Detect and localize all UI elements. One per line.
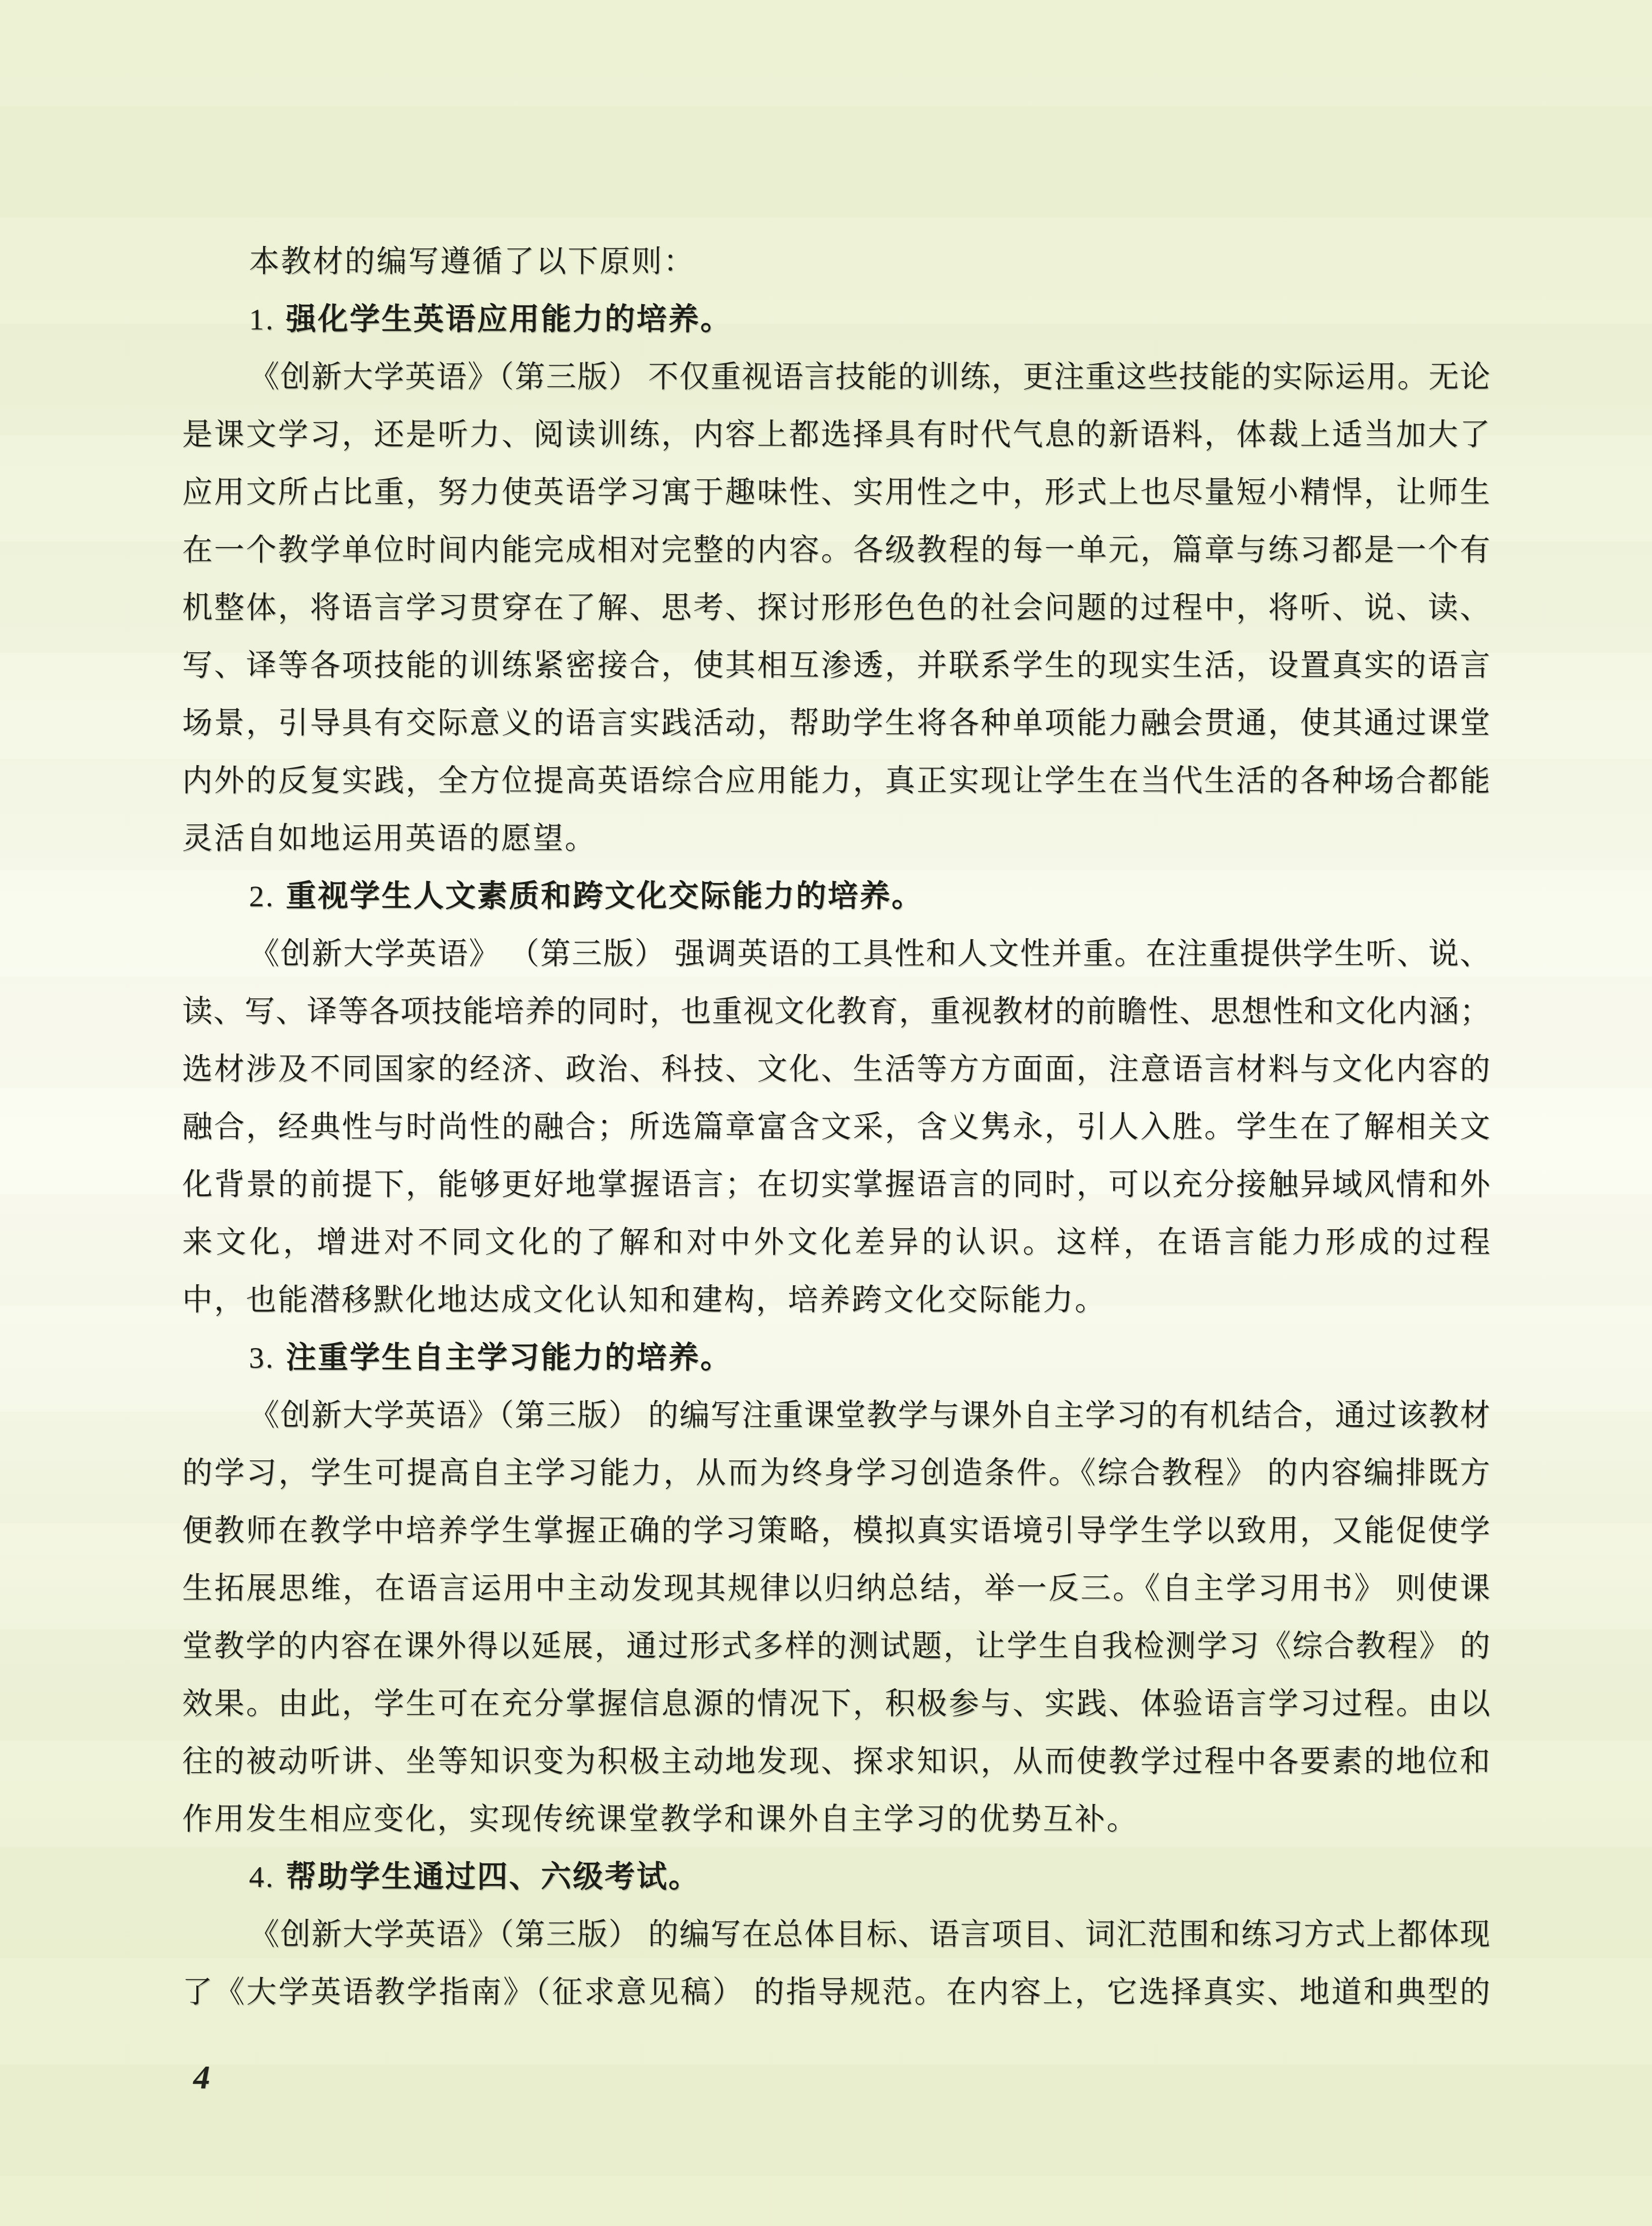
paragraph-line: 《创新大学英语》 （第三版） 强调英语的工具性和人文性并重。在注重提供学生听、说… [182, 925, 1490, 983]
section-title: 帮助学生通过四、六级考试。 [286, 1860, 700, 1894]
paragraph-line: 的学习，学生可提高自主学习能力，从而为终身学习创造条件。《综合教程》 的内容编排… [182, 1444, 1490, 1502]
paragraph-line: 选材涉及不同国家的经济、政治、科技、文化、生活等方方面面，注意语言材料与文化内容… [182, 1040, 1490, 1098]
section-number: 3. [249, 1341, 275, 1374]
section-title: 重视学生人文素质和跨文化交际能力的培养。 [286, 879, 923, 913]
paragraph-line: 是课文学习，还是听力、阅读训练，内容上都选择具有时代气息的新语料，体裁上适当加大… [182, 406, 1490, 464]
section-title: 强化学生英语应用能力的培养。 [286, 303, 732, 336]
paragraph-line: 《创新大学英语》（第三版） 的编写注重课堂教学与课外自主学习的有机结合，通过该教… [182, 1387, 1490, 1444]
paragraph-line: 机整体，将语言学习贯穿在了解、思考、探讨形形色色的社会问题的过程中，将听、说、读… [182, 579, 1490, 637]
paragraph-line: 化背景的前提下，能够更好地掌握语言；在切实掌握语言的同时，可以充分接触异域风情和… [182, 1156, 1490, 1213]
paragraph-line: 堂教学的内容在课外得以延展，通过形式多样的测试题，让学生自我检测学习《综合教程》… [182, 1617, 1490, 1675]
paragraph-line: 场景，引导具有交际意义的语言实践活动，帮助学生将各种单项能力融会贯通，使其通过课… [182, 694, 1490, 752]
paragraph-line: 效果。由此，学生可在充分掌握信息源的情况下，积极参与、实践、体验语言学习过程。由… [182, 1675, 1490, 1733]
document-page: 本教材的编写遵循了以下原则：1.强化学生英语应用能力的培养。《创新大学英语》（第… [0, 0, 1652, 2226]
text-flow: 本教材的编写遵循了以下原则：1.强化学生英语应用能力的培养。《创新大学英语》（第… [182, 233, 1490, 2021]
paragraph-line: 中，也能潜移默化地达成文化认知和建构，培养跨文化交际能力。 [182, 1271, 1490, 1329]
section-title: 注重学生自主学习能力的培养。 [286, 1341, 732, 1374]
section-number: 2. [249, 879, 275, 913]
paragraph-line: 内外的反复实践，全方位提高英语综合应用能力，真正实现让学生在当代生活的各种场合都… [182, 752, 1490, 810]
paragraph-line: 融合，经典性与时尚性的融合；所选篇章富含文采，含义隽永，引人入胜。学生在了解相关… [182, 1098, 1490, 1156]
section-number: 1. [249, 303, 275, 336]
paragraph-line: 了《大学英语教学指南》（征求意见稿） 的指导规范。在内容上，它选择真实、地道和典… [182, 1963, 1490, 2021]
paragraph-line: 往的被动听讲、坐等知识变为积极主动地发现、探求知识，从而使教学过程中各要素的地位… [182, 1733, 1490, 1790]
section-heading: 1.强化学生英语应用能力的培养。 [182, 290, 1490, 348]
paragraph-line: 《创新大学英语》（第三版） 的编写在总体目标、语言项目、词汇范围和练习方式上都体… [182, 1906, 1490, 1963]
paragraph-line: 灵活自如地运用英语的愿望。 [182, 810, 1490, 867]
paragraph-line: 便教师在教学中培养学生掌握正确的学习策略，模拟真实语境引导学生学以致用，又能促使… [182, 1502, 1490, 1560]
paragraph-line: 生拓展思维，在语言运用中主动发现其规律以归纳总结，举一反三。《自主学习用书》 则… [182, 1560, 1490, 1617]
paragraph-line: 读、写、译等各项技能培养的同时，也重视文化教育，重视教材的前瞻性、思想性和文化内… [182, 983, 1490, 1040]
section-number: 4. [249, 1860, 275, 1894]
section-heading: 3.注重学生自主学习能力的培养。 [182, 1329, 1490, 1387]
paragraph-line: 作用发生相应变化，实现传统课堂教学和课外自主学习的优势互补。 [182, 1790, 1490, 1848]
paragraph-line: 在一个教学单位时间内能完成相对完整的内容。各级教程的每一单元，篇章与练习都是一个… [182, 521, 1490, 579]
paragraph-line: 写、译等各项技能的训练紧密接合，使其相互渗透，并联系学生的现实生活，设置真实的语… [182, 637, 1490, 694]
paragraph-line: 来文化，增进对不同文化的了解和对中外文化差异的认识。这样，在语言能力形成的过程 [182, 1213, 1490, 1271]
page-number: 4 [193, 2057, 210, 2098]
section-heading: 4.帮助学生通过四、六级考试。 [182, 1848, 1490, 1906]
section-heading: 2.重视学生人文素质和跨文化交际能力的培养。 [182, 867, 1490, 925]
intro-line: 本教材的编写遵循了以下原则： [182, 233, 1490, 290]
paragraph-line: 《创新大学英语》（第三版） 不仅重视语言技能的训练，更注重这些技能的实际运用。无… [182, 348, 1490, 406]
paragraph-line: 应用文所占比重，努力使英语学习寓于趣味性、实用性之中，形式上也尽量短小精悍，让师… [182, 464, 1490, 521]
